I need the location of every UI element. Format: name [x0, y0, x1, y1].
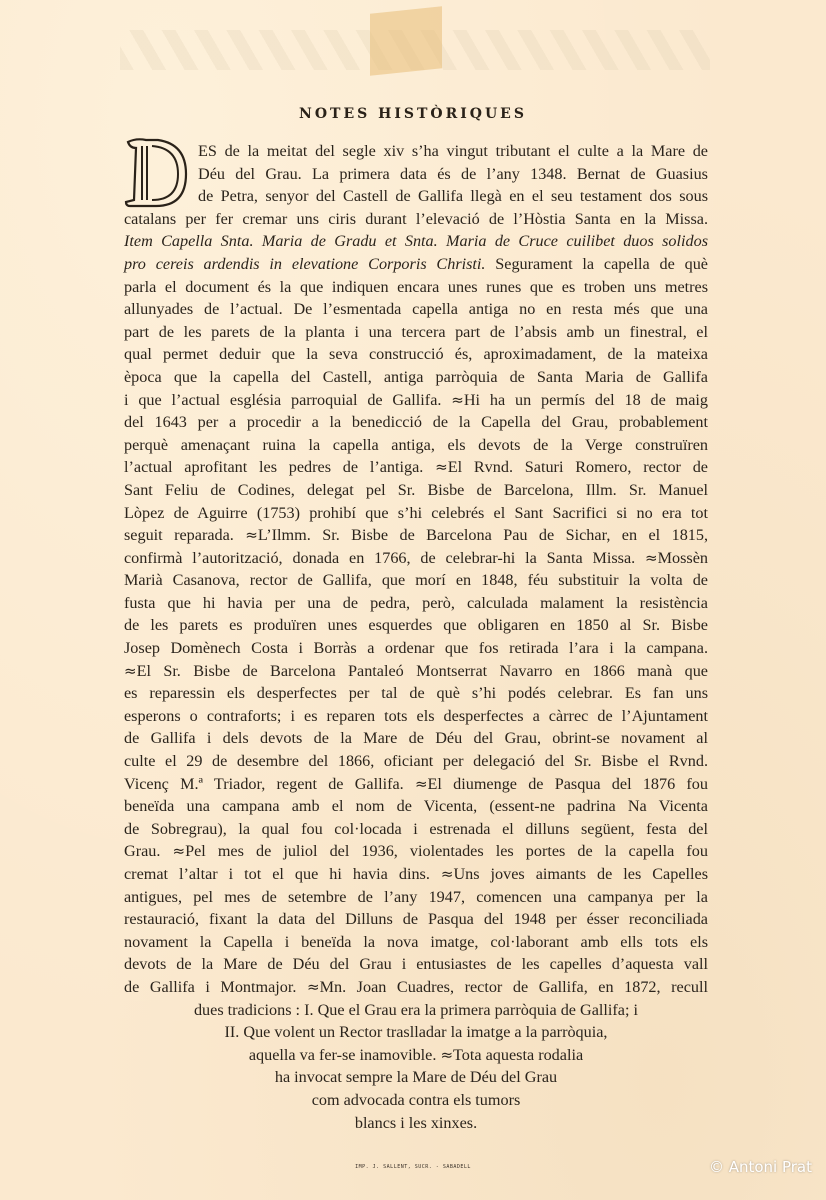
text-line: de Petra, senyor del Castell de Gallifa …	[124, 185, 708, 208]
text-line: qual permet deduir que la seva construcc…	[124, 343, 708, 366]
text-line: Marià Casanova, rector de Gallifa, que m…	[124, 569, 708, 592]
text-line: perquè amenaçant ruina la capella antiga…	[124, 434, 708, 457]
text-line: fusta que hi havia per una de pedra, per…	[124, 592, 708, 615]
text-line: de Gallifa i dels devots de la Mare de D…	[124, 727, 708, 750]
text-line-centered: II. Que volent un Rector traslladar la i…	[124, 1021, 708, 1044]
text-line: seguit reparada. ≈L’Ilmm. Sr. Bisbe de B…	[124, 524, 708, 547]
text-line: cremat l’altar i tot el que hi havia din…	[124, 863, 708, 886]
text-line: beneïda una campana amb el nom de Vicent…	[124, 795, 708, 818]
text-line: Grau. ≈Pel mes de juliol del 1936, viole…	[124, 840, 708, 863]
copyright-watermark: © Antoni Prat	[709, 1158, 812, 1176]
text-line: es reparessin els desperfectes per tal d…	[124, 682, 708, 705]
text-line: confirmà l’autorització, donada en 1766,…	[124, 547, 708, 570]
text-line: pro cereis ardendis in elevatione Corpor…	[124, 253, 708, 276]
text-line: devots de la Mare de Déu del Grau i entu…	[124, 953, 708, 976]
text-line: de Sobregrau), la qual fou col·locada i …	[124, 818, 708, 841]
text-line-centered: dues tradicions : I. Que el Grau era la …	[124, 999, 708, 1022]
text-line: ES de la meitat del segle xiv s’ha vingu…	[124, 140, 708, 163]
paragraph-ornament-icon: ≈	[441, 865, 454, 883]
text-line-centered: com advocada contra els tumors	[124, 1089, 708, 1112]
adhesive-tape-stain	[370, 6, 442, 76]
paragraph-ornament-icon: ≈	[415, 775, 428, 793]
text-line: del 1643 per a procedir a la benedicció …	[124, 411, 708, 434]
paragraph-ornament-icon: ≈	[245, 526, 258, 544]
text-line: Sant Feliu de Codines, delegat pel Sr. B…	[124, 479, 708, 502]
paragraph-ornament-icon: ≈	[451, 391, 464, 409]
text-line: de les parets es produïren unes esquerde…	[124, 614, 708, 637]
paragraph-ornament-icon: ≈	[440, 1046, 453, 1064]
text-line: catalans per fer cremar uns ciris durant…	[124, 208, 708, 231]
paragraph-ornament-icon: ≈	[435, 458, 448, 476]
text-line: època que la capella del Castell, antiga…	[124, 366, 708, 389]
paragraph-ornament-icon: ≈	[124, 662, 137, 680]
text-line-latin: Item Capella Snta. Maria de Gradu et Snt…	[124, 230, 708, 253]
text-line: i que l’actual església parroquial de Ga…	[124, 389, 708, 412]
text-line: Lòpez de Aguirre (1753) prohibí que s’hi…	[124, 502, 708, 525]
text-line-centered: aquella va fer-se inamovible. ≈Tota aque…	[124, 1044, 708, 1067]
text-line: Déu del Grau. La primera data és de l’an…	[124, 163, 708, 186]
text-line: restauració, fixant la data del Dilluns …	[124, 908, 708, 931]
text-line: antigues, pel mes de setembre de l’any 1…	[124, 886, 708, 909]
text-line: esperons o contraforts; i es reparen tot…	[124, 705, 708, 728]
text-line-centered: blancs i les xinxes.	[124, 1112, 708, 1135]
text-line: ≈El Sr. Bisbe de Barcelona Pantaleó Mont…	[124, 660, 708, 683]
text-line: de Gallifa i Montmajor. ≈Mn. Joan Cuadre…	[124, 976, 708, 999]
paragraph-ornament-icon: ≈	[307, 978, 320, 996]
text-line: part de les parets de la planta i una te…	[124, 321, 708, 344]
text-line: l’actual aprofitant les pedres de l’anti…	[124, 456, 708, 479]
text-line: Vicenç M.ª Triador, regent de Gallifa. ≈…	[124, 773, 708, 796]
page-title: NOTES HISTÒRIQUES	[0, 106, 826, 122]
text-line: parla el document és la que indiquen enc…	[124, 276, 708, 299]
historical-notes-text: ES de la meitat del segle xiv s’ha vingu…	[124, 140, 708, 1134]
text-line: novament la Capella i beneïda la nova im…	[124, 931, 708, 954]
text-line-centered: ha invocat sempre la Mare de Déu del Gra…	[124, 1066, 708, 1089]
text-line: allunyades de l’actual. De l’esmentada c…	[124, 298, 708, 321]
printer-imprint: IMP. J. SALLENT, SUCR. - SABADELL	[0, 1164, 826, 1170]
text-line: Josep Domènech Costa i Borràs a ordenar …	[124, 637, 708, 660]
drop-cap-d-ornament	[122, 136, 192, 210]
paragraph-ornament-icon: ≈	[645, 549, 658, 567]
text-line: culte el 29 de desembre del 1866, oficia…	[124, 750, 708, 773]
paragraph-ornament-icon: ≈	[172, 842, 185, 860]
